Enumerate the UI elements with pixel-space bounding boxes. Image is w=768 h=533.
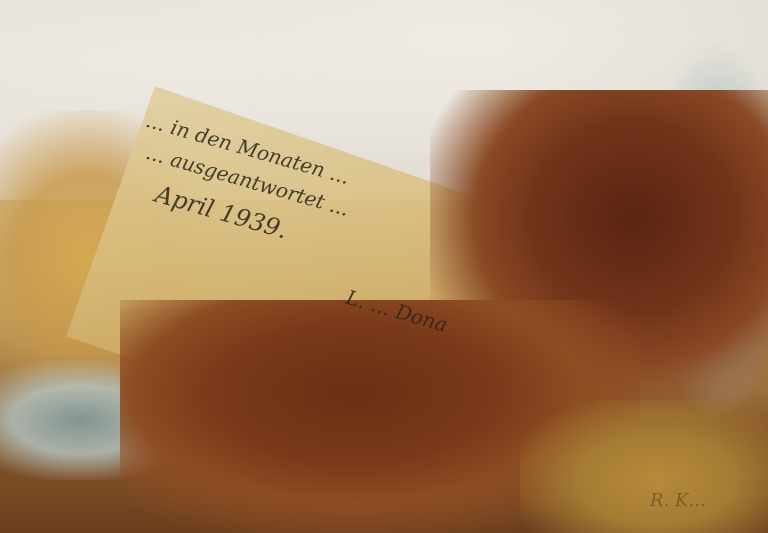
ochre-paint-bottom <box>520 400 768 533</box>
artist-signature: R. K... <box>650 490 706 511</box>
artwork-canvas: ... in den Monaten ... ... ausgeantworte… <box>0 0 768 533</box>
